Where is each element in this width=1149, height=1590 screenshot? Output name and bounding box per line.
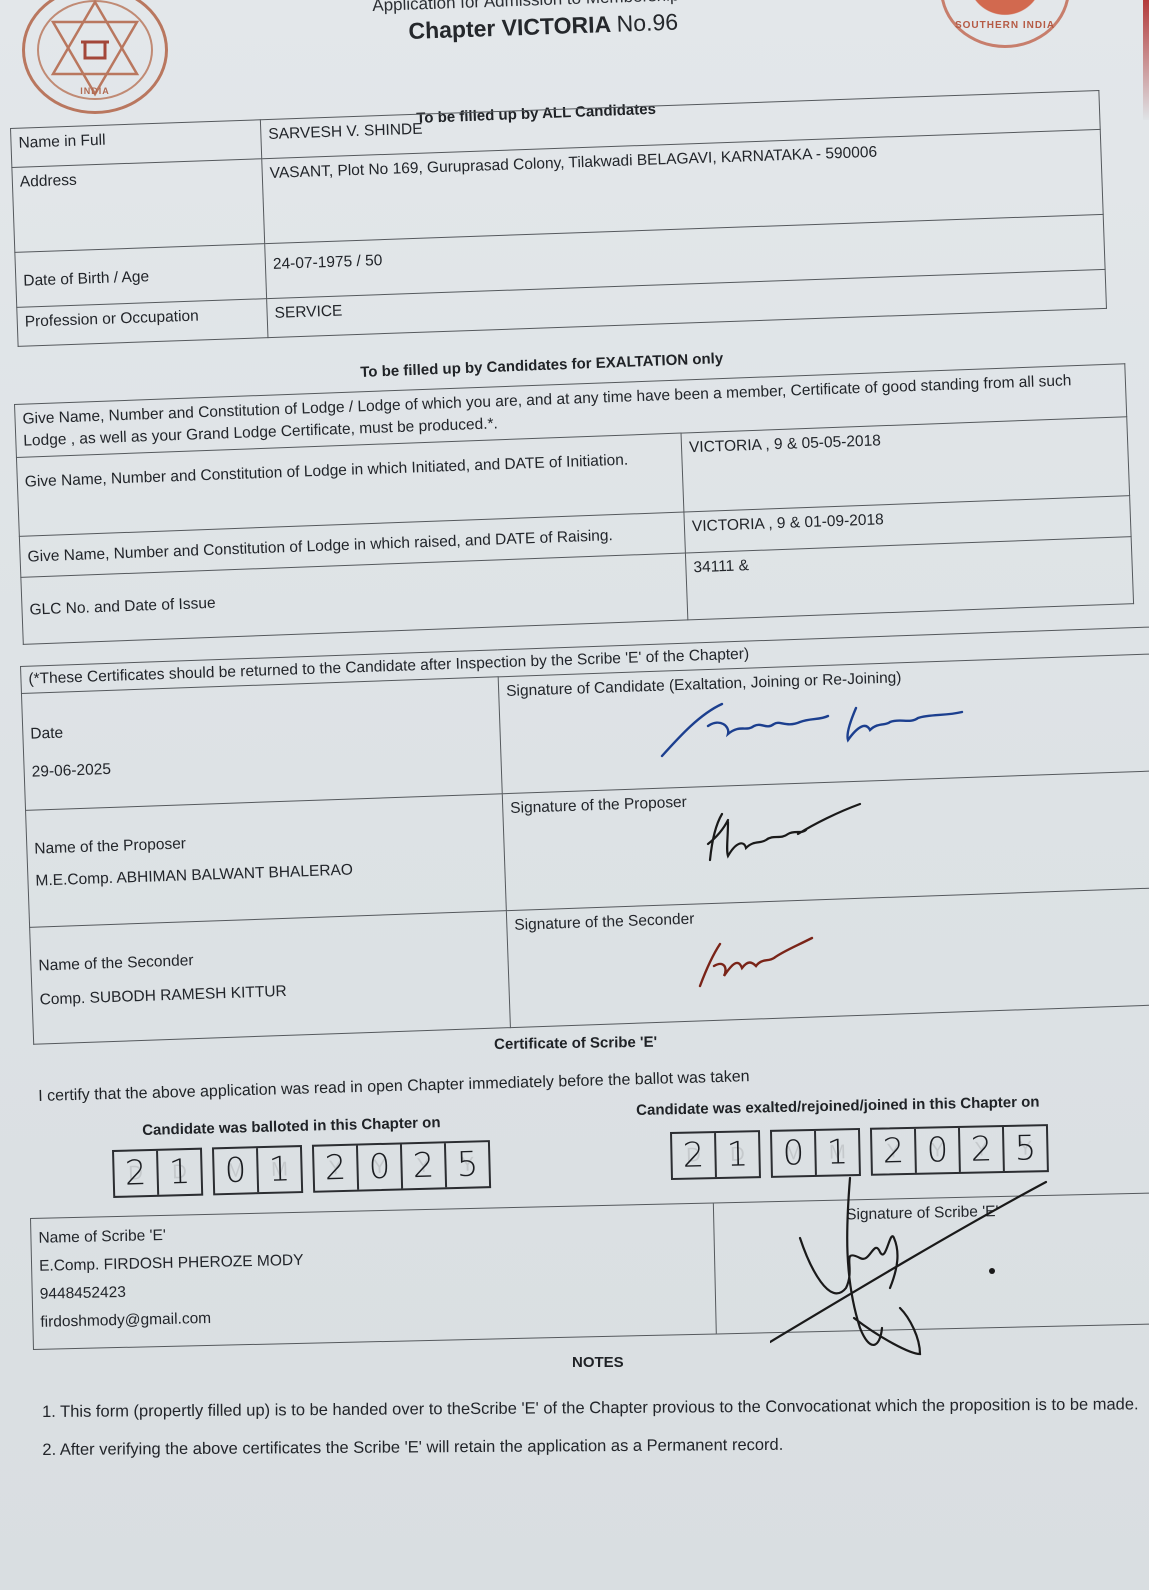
- date-digit-box[interactable]: M1: [256, 1147, 301, 1192]
- all-candidates-table: Name in FullSARVESH V. SHINDE AddressVAS…: [10, 90, 1107, 347]
- date-year-group[interactable]: Y2Y0Y2Y5: [312, 1140, 491, 1193]
- date-digit-box[interactable]: D1: [156, 1150, 201, 1195]
- date-digit-box[interactable]: Y0: [356, 1144, 401, 1189]
- date-digit: 1: [826, 1132, 848, 1172]
- seal-text: SOUTHERN INDIA: [955, 20, 1055, 31]
- date-digit: 2: [324, 1148, 347, 1189]
- date-digit: 0: [926, 1130, 948, 1170]
- date-digit: 1: [726, 1134, 748, 1174]
- proposer-cell: Name of the Proposer M.E.Comp. ABHIMAN B…: [26, 794, 507, 928]
- southern-india-seal-logo: SOUTHERN INDIA: [940, 0, 1070, 48]
- field-label: Profession or Occupation: [17, 299, 268, 347]
- seconder-label: Name of the Seconder: [38, 941, 500, 975]
- date-month-group[interactable]: M0M1: [212, 1145, 303, 1195]
- date-digit-box[interactable]: Y2: [400, 1143, 445, 1188]
- balloted-date-boxes[interactable]: D2D1M0M1Y2Y0Y2Y5: [112, 1140, 491, 1198]
- proposer-signature: [698, 800, 868, 870]
- scribe-certificate-heading: Certificate of Scribe 'E': [494, 1034, 657, 1053]
- red-background-edge: [1143, 0, 1149, 120]
- section-heading-exaltation: To be filled up by Candidates for EXALTA…: [360, 350, 723, 381]
- date-digit: 0: [368, 1147, 391, 1188]
- date-digit: 1: [168, 1152, 191, 1193]
- date-digit-box[interactable]: M0: [214, 1148, 257, 1193]
- date-day-group[interactable]: D2D1: [670, 1130, 761, 1180]
- scribe-signature: [770, 1168, 1060, 1368]
- date-digit: 2: [412, 1146, 435, 1187]
- note-item: 2. After verifying the above certificate…: [42, 1428, 1149, 1464]
- date-digit-box[interactable]: Y2: [314, 1146, 357, 1191]
- scribe-certification-statement: I certify that the above application was…: [38, 1068, 750, 1106]
- signatures-table: (*These Certificates should be returned …: [20, 626, 1149, 1045]
- note-item: 1. This form (propertly filled up) is to…: [42, 1390, 1149, 1426]
- date-digit-box[interactable]: D2: [672, 1133, 715, 1178]
- seal-text: INDIA: [80, 86, 110, 96]
- page-title: Chapter VICTORIA No.96: [408, 9, 678, 45]
- seconder-signature: [694, 932, 824, 992]
- date-digit: 0: [224, 1150, 247, 1191]
- chapter-number: No.96: [616, 9, 678, 37]
- proposer-name-field[interactable]: M.E.Comp. ABHIMAN BALWANT BHALERAO: [35, 856, 497, 890]
- application-form-page: INDIA SOUTHERN INDIA Application for Adm…: [0, 0, 1149, 1590]
- scribe-details-cell: Name of Scribe 'E' E.Comp. FIRDOSH PHERO…: [31, 1203, 717, 1349]
- date-digit: 5: [1014, 1128, 1036, 1168]
- notes-heading: NOTES: [572, 1354, 624, 1371]
- grand-chapter-seal-logo: INDIA: [22, 0, 168, 114]
- chapter-name: Chapter VICTORIA: [408, 11, 611, 44]
- date-digit: 2: [882, 1131, 904, 1171]
- date-label: Date: [30, 710, 492, 744]
- date-digit-box[interactable]: Y0: [914, 1128, 959, 1173]
- date-digit: 5: [456, 1144, 479, 1185]
- application-date-field[interactable]: 29-06-2025: [31, 748, 493, 782]
- date-digit-box[interactable]: Y5: [1002, 1126, 1047, 1171]
- date-digit-box[interactable]: D1: [714, 1132, 759, 1177]
- seconder-cell: Name of the Seconder Comp. SUBODH RAMESH…: [30, 911, 511, 1045]
- candidate-signature: [650, 696, 980, 766]
- exalted-date-label: Candidate was exalted/rejoined/joined in…: [636, 1094, 1040, 1119]
- field-label: Address: [12, 159, 265, 253]
- date-cell: Date 29-06-2025: [21, 677, 502, 811]
- seconder-name-field[interactable]: Comp. SUBODH RAMESH KITTUR: [39, 975, 501, 1009]
- balloted-date-label: Candidate was balloted in this Chapter o…: [142, 1114, 441, 1139]
- date-day-group[interactable]: D2D1: [112, 1148, 203, 1198]
- proposer-label: Name of the Proposer: [34, 824, 496, 858]
- date-digit: 1: [268, 1149, 291, 1190]
- date-digit: 2: [124, 1153, 147, 1194]
- date-digit-box[interactable]: D2: [114, 1151, 157, 1196]
- exaltation-table: Give Name, Number and Constitution of Lo…: [14, 363, 1134, 645]
- date-digit: 2: [682, 1135, 704, 1175]
- seconder-signature-cell: Signature of the Seconder: [506, 888, 1149, 1028]
- star-of-david-icon: [47, 0, 143, 98]
- date-digit-box[interactable]: Y5: [444, 1142, 489, 1187]
- notes-list: 1. This form (propertly filled up) is to…: [42, 1390, 1149, 1474]
- date-digit-box[interactable]: Y2: [958, 1127, 1003, 1172]
- field-label: Date of Birth / Age: [15, 244, 267, 308]
- date-digit: 2: [970, 1129, 992, 1169]
